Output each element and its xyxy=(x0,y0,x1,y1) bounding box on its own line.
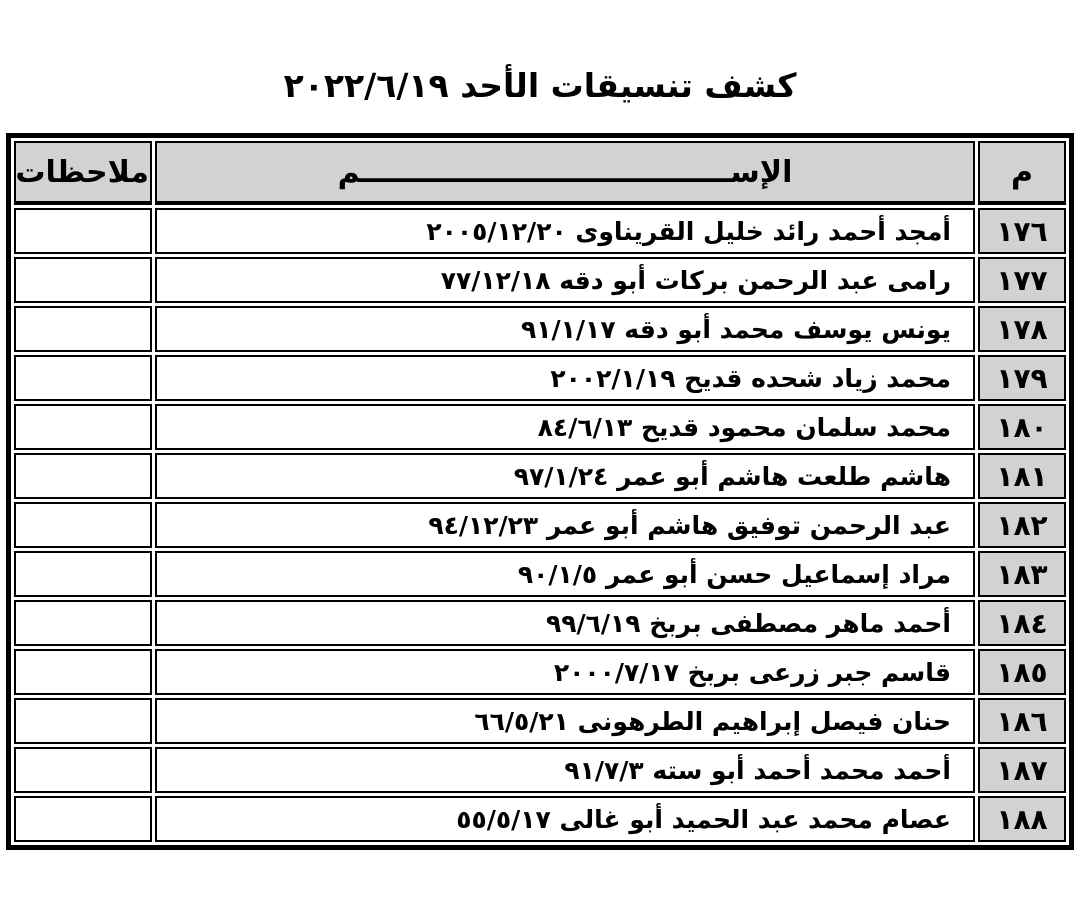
table-row: ١٧٦ أمجد أحمد رائد خليل القريناوى ٢٠٠٥/١… xyxy=(14,208,1066,254)
row-name-cell: أحمد محمد أحمد أبو سته ٩١/٧/٣ xyxy=(155,747,975,793)
table-row: ١٧٩ محمد زياد شحده قديح ٢٠٠٢/١/١٩ xyxy=(14,355,1066,401)
row-notes-cell xyxy=(14,404,152,450)
header-name-column: الإســــــــــــــــــــــــــــــــــــ… xyxy=(155,141,975,205)
row-number-cell: ١٧٨ xyxy=(978,306,1066,352)
row-name-cell: مراد إسماعيل حسن أبو عمر ٩٠/١/٥ xyxy=(155,551,975,597)
table-row: ١٨٤ أحمد ماهر مصطفى بربخ ٩٩/٦/١٩ xyxy=(14,600,1066,646)
row-notes-cell xyxy=(14,306,152,352)
row-name-cell: أحمد ماهر مصطفى بربخ ٩٩/٦/١٩ xyxy=(155,600,975,646)
row-number-cell: ١٨٠ xyxy=(978,404,1066,450)
row-number-cell: ١٨١ xyxy=(978,453,1066,499)
header-row: م الإســــــــــــــــــــــــــــــــــ… xyxy=(14,141,1066,205)
row-number-cell: ١٨٤ xyxy=(978,600,1066,646)
table-row: ١٨٣ مراد إسماعيل حسن أبو عمر ٩٠/١/٥ xyxy=(14,551,1066,597)
row-name-cell: عبد الرحمن توفيق هاشم أبو عمر ٩٤/١٢/٢٣ xyxy=(155,502,975,548)
row-notes-cell xyxy=(14,355,152,401)
row-number-cell: ١٧٩ xyxy=(978,355,1066,401)
table-body: ١٧٦ أمجد أحمد رائد خليل القريناوى ٢٠٠٥/١… xyxy=(14,208,1066,842)
row-number-cell: ١٨٧ xyxy=(978,747,1066,793)
table-row: ١٨٨ عصام محمد عبد الحميد أبو غالى ٥٥/٥/١… xyxy=(14,796,1066,842)
header-number-column: م xyxy=(978,141,1066,205)
row-name-cell: قاسم جبر زرعى بربخ ٢٠٠٠/٧/١٧ xyxy=(155,649,975,695)
row-notes-cell xyxy=(14,208,152,254)
row-name-cell: محمد زياد شحده قديح ٢٠٠٢/١/١٩ xyxy=(155,355,975,401)
row-number-cell: ١٧٦ xyxy=(978,208,1066,254)
row-name-cell: حنان فيصل إبراهيم الطرهونى ٦٦/٥/٢١ xyxy=(155,698,975,744)
row-name-cell: محمد سلمان محمود قديح ٨٤/٦/١٣ xyxy=(155,404,975,450)
header-notes-column: ملاحظات xyxy=(14,141,152,205)
row-number-cell: ١٨٦ xyxy=(978,698,1066,744)
table-row: ١٧٨ يونس يوسف محمد أبو دقه ٩١/١/١٧ xyxy=(14,306,1066,352)
table-row: ١٨٦ حنان فيصل إبراهيم الطرهونى ٦٦/٥/٢١ xyxy=(14,698,1066,744)
table-row: ١٨١ هاشم طلعت هاشم أبو عمر ٩٧/١/٢٤ xyxy=(14,453,1066,499)
row-number-cell: ١٨٥ xyxy=(978,649,1066,695)
row-notes-cell xyxy=(14,698,152,744)
table-row: ١٧٧ رامى عبد الرحمن بركات أبو دقه ٧٧/١٢/… xyxy=(14,257,1066,303)
row-name-cell: رامى عبد الرحمن بركات أبو دقه ٧٧/١٢/١٨ xyxy=(155,257,975,303)
row-name-cell: أمجد أحمد رائد خليل القريناوى ٢٠٠٥/١٢/٢٠ xyxy=(155,208,975,254)
row-notes-cell xyxy=(14,257,152,303)
row-notes-cell xyxy=(14,600,152,646)
table-row: ١٨٥ قاسم جبر زرعى بربخ ٢٠٠٠/٧/١٧ xyxy=(14,649,1066,695)
coordination-table: م الإســــــــــــــــــــــــــــــــــ… xyxy=(6,133,1074,850)
row-notes-cell xyxy=(14,453,152,499)
table-row: ١٨٠ محمد سلمان محمود قديح ٨٤/٦/١٣ xyxy=(14,404,1066,450)
row-name-cell: هاشم طلعت هاشم أبو عمر ٩٧/١/٢٤ xyxy=(155,453,975,499)
row-number-cell: ١٨٣ xyxy=(978,551,1066,597)
row-notes-cell xyxy=(14,747,152,793)
row-notes-cell xyxy=(14,649,152,695)
page-title: كشف تنسيقات الأحد ٢٠٢٢/٦/١٩ xyxy=(0,0,1080,133)
document-page: كشف تنسيقات الأحد ٢٠٢٢/٦/١٩ م الإســــــ… xyxy=(0,0,1080,904)
row-number-cell: ١٨٢ xyxy=(978,502,1066,548)
row-notes-cell xyxy=(14,551,152,597)
row-name-cell: يونس يوسف محمد أبو دقه ٩١/١/١٧ xyxy=(155,306,975,352)
row-name-cell: عصام محمد عبد الحميد أبو غالى ٥٥/٥/١٧ xyxy=(155,796,975,842)
row-number-cell: ١٧٧ xyxy=(978,257,1066,303)
table-row: ١٨٢ عبد الرحمن توفيق هاشم أبو عمر ٩٤/١٢/… xyxy=(14,502,1066,548)
row-number-cell: ١٨٨ xyxy=(978,796,1066,842)
table-row: ١٨٧ أحمد محمد أحمد أبو سته ٩١/٧/٣ xyxy=(14,747,1066,793)
row-notes-cell xyxy=(14,502,152,548)
row-notes-cell xyxy=(14,796,152,842)
